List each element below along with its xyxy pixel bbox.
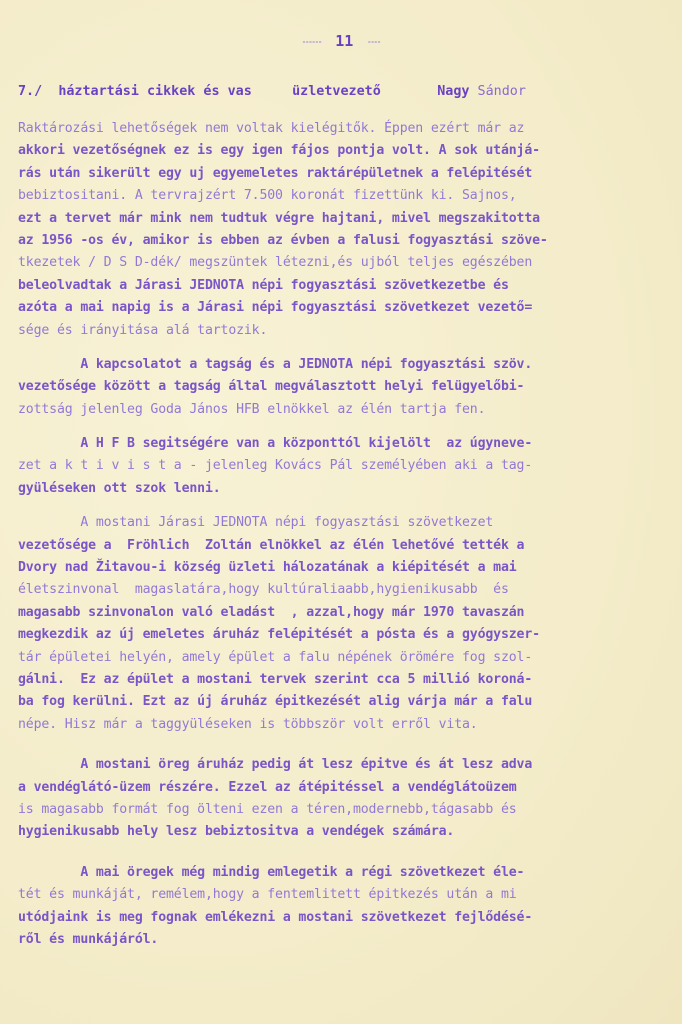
text-line: az 1956 -os év, amikor is ebben az évben… xyxy=(18,230,668,252)
text-line: akkori vezetőségnek ez is egy igen fájos… xyxy=(18,140,668,162)
text-line: utódjaink is meg fognak emlékezni a most… xyxy=(18,907,668,929)
text-line: zet a k t i v i s t a - jelenleg Kovács … xyxy=(18,455,668,477)
paragraph: A mostani öreg áruház pedig át lesz épit… xyxy=(18,754,668,844)
paragraph-gap xyxy=(18,342,668,354)
paragraph-gap xyxy=(18,844,668,862)
text-line: ba fog kerülni. Ezt az új áruház épitkez… xyxy=(18,691,668,713)
paragraph: A mostani Járasi JEDNOTA népi fogyasztás… xyxy=(18,512,668,736)
page-number-value: 11 xyxy=(335,32,353,50)
text-line: Raktározási lehetőségek nem voltak kielé… xyxy=(18,118,668,140)
text-line: ről és munkájáról. xyxy=(18,929,668,951)
text-line: népe. Hisz már a taggyüléseken is többsz… xyxy=(18,714,668,736)
text-line: Dvory nad Žitavou-i község üzleti háloza… xyxy=(18,557,668,579)
text-line: vezetősége a Fröhlich Zoltán elnökkel az… xyxy=(18,535,668,557)
section-index: 7./ xyxy=(18,84,42,99)
paragraph: A H F B segitségére van a központtól kij… xyxy=(18,433,668,500)
text-line: A mostani öreg áruház pedig át lesz épit… xyxy=(18,754,668,776)
page-number-dash-right: ---- xyxy=(367,38,380,46)
paragraph-gap xyxy=(18,500,668,512)
text-line: beleolvadtak a Járasi JEDNOTA népi fogya… xyxy=(18,275,668,297)
text-line: tkezetek / D S D-dék/ megszüntek létezni… xyxy=(18,252,668,274)
paragraph: A mai öregek még mindig emlegetik a régi… xyxy=(18,862,668,952)
text-line: A kapcsolatot a tagság és a JEDNOTA népi… xyxy=(18,354,668,376)
section-heading: 7./ háztartási cikkek és vas üzletvezető… xyxy=(18,84,658,99)
paragraph: Raktározási lehetőségek nem voltak kielé… xyxy=(18,118,668,342)
page-number: ------11---- xyxy=(0,32,682,50)
text-line: gyüléseken ott szok lenni. xyxy=(18,478,668,500)
section-category: háztartási cikkek és vas xyxy=(58,84,251,99)
person-first-name: Nagy xyxy=(437,84,469,99)
text-line: magasabb szinvonalon való eladást , azza… xyxy=(18,602,668,624)
text-line: A mostani Járasi JEDNOTA népi fogyasztás… xyxy=(18,512,668,534)
paragraph-gap xyxy=(18,421,668,433)
text-line: hygienikusabb hely lesz bebiztositva a v… xyxy=(18,821,668,843)
text-line: A H F B segitségére van a központtól kij… xyxy=(18,433,668,455)
paragraph: A kapcsolatot a tagság és a JEDNOTA népi… xyxy=(18,354,668,421)
text-line: is magasabb formát fog ölteni ezen a tér… xyxy=(18,799,668,821)
paragraph-gap xyxy=(18,736,668,754)
text-line: a vendéglátó-üzem részére. Ezzel az átép… xyxy=(18,777,668,799)
text-line: tár épületei helyén, amely épület a falu… xyxy=(18,647,668,669)
text-line: sége és irányitása alá tartozik. xyxy=(18,320,668,342)
document-body: Raktározási lehetőségek nem voltak kielé… xyxy=(18,118,668,951)
person-last-name: Sándor xyxy=(478,84,526,99)
text-line: életszinvonal magaslatára,hogy kultúrali… xyxy=(18,579,668,601)
text-line: megkezdik az új emeletes áruház felépité… xyxy=(18,624,668,646)
text-line: rás után sikerült egy uj egyemeletes rak… xyxy=(18,163,668,185)
text-line: A mai öregek még mindig emlegetik a régi… xyxy=(18,862,668,884)
text-line: azóta a mai napig is a Járasi népi fogya… xyxy=(18,297,668,319)
text-line: gálni. Ez az épület a mostani tervek sze… xyxy=(18,669,668,691)
text-line: ezt a tervet már mink nem tudtuk végre h… xyxy=(18,208,668,230)
text-line: bebiztositani. A tervrajzért 7.500 koron… xyxy=(18,185,668,207)
section-role: üzletvezető xyxy=(292,84,381,99)
page-number-dash-left: ------ xyxy=(302,38,321,46)
text-line: vezetősége között a tagság által megvála… xyxy=(18,376,668,398)
text-line: tét és munkáját, remélem,hogy a fentemli… xyxy=(18,884,668,906)
text-line: zottság jelenleg Goda János HFB elnökkel… xyxy=(18,399,668,421)
